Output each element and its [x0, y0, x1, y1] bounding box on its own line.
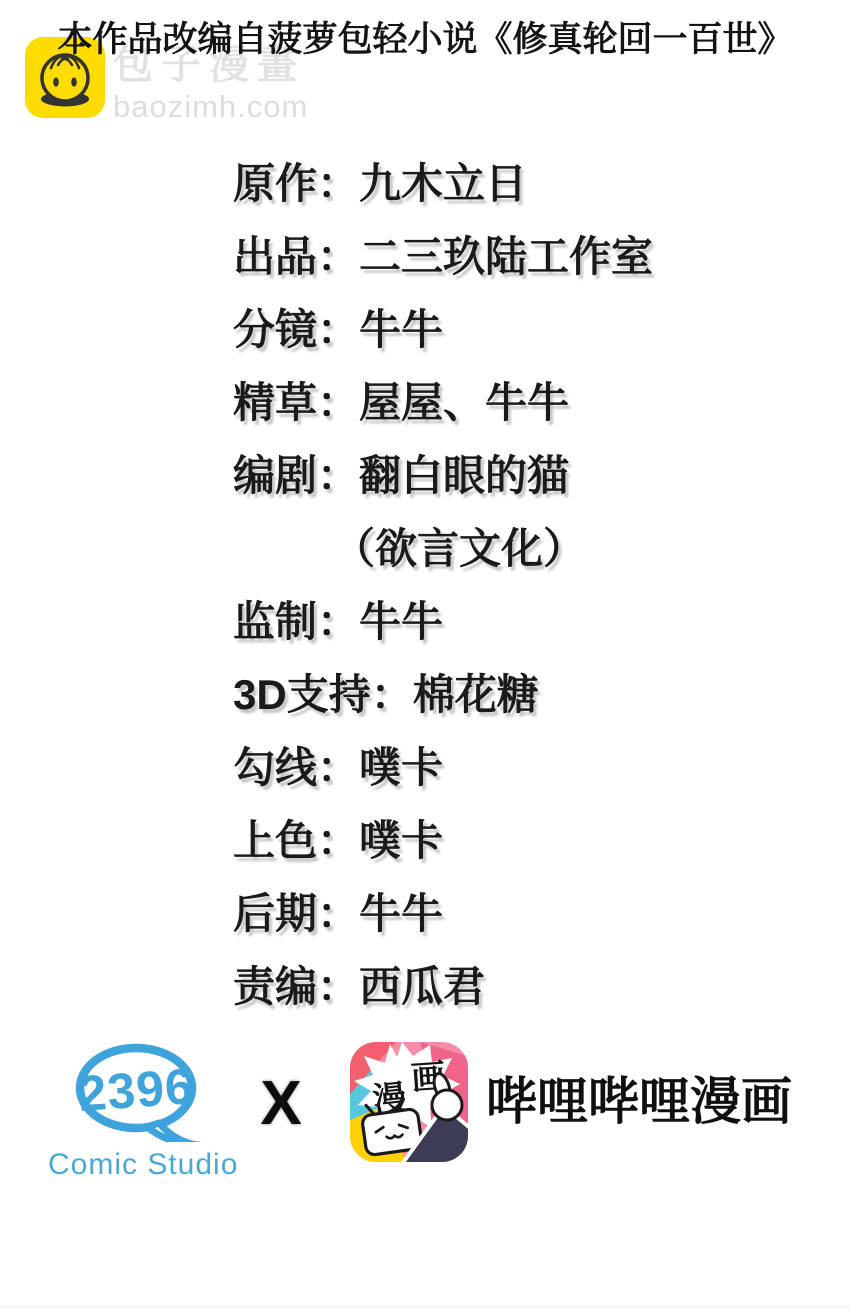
studio-2396-logo: 2396: [73, 1043, 209, 1142]
credit-line: 原作：九木立日: [233, 147, 653, 220]
credit-line: 后期：牛牛: [233, 877, 653, 950]
bilibili-manga-icon: 漫 画: [350, 1042, 468, 1162]
credit-line: 分镜：牛牛: [233, 293, 653, 366]
adaptation-notice: 本作品改编自菠萝包轻小说《修真轮回一百世》: [0, 12, 850, 62]
credit-line: 责编：西瓜君: [233, 950, 653, 1023]
credits-list: 原作：九木立日出品：二三玖陆工作室分镜：牛牛精草：屋屋、牛牛编剧：翻白眼的猫（欲…: [233, 147, 653, 1023]
studio-number: 2396: [77, 1058, 196, 1122]
credits-page: 包子漫畫 baozimh.com 本作品改编自菠萝包轻小说《修真轮回一百世》 原…: [0, 0, 850, 1311]
next-panel-edge: [0, 1306, 850, 1308]
credit-line: 上色：噗卡: [233, 804, 653, 877]
studio-name: Comic Studio: [48, 1148, 238, 1182]
credit-line: 勾线：噗卡: [233, 731, 653, 804]
credit-line: 编剧：翻白眼的猫: [233, 439, 653, 512]
credit-line: 出品：二三玖陆工作室: [233, 220, 653, 293]
credit-line: 精草：屋屋、牛牛: [233, 366, 653, 439]
watermark-site-url: baozimh.com: [113, 91, 308, 122]
bilibili-manga-wordmark: 哔哩哔哩漫画: [486, 1074, 792, 1130]
collab-x-mark: X: [246, 1072, 316, 1138]
credit-line: 3D支持：棉花糖: [233, 658, 653, 731]
credit-line: （欲言文化）: [333, 512, 653, 585]
credit-line: 监制：牛牛: [233, 585, 653, 658]
